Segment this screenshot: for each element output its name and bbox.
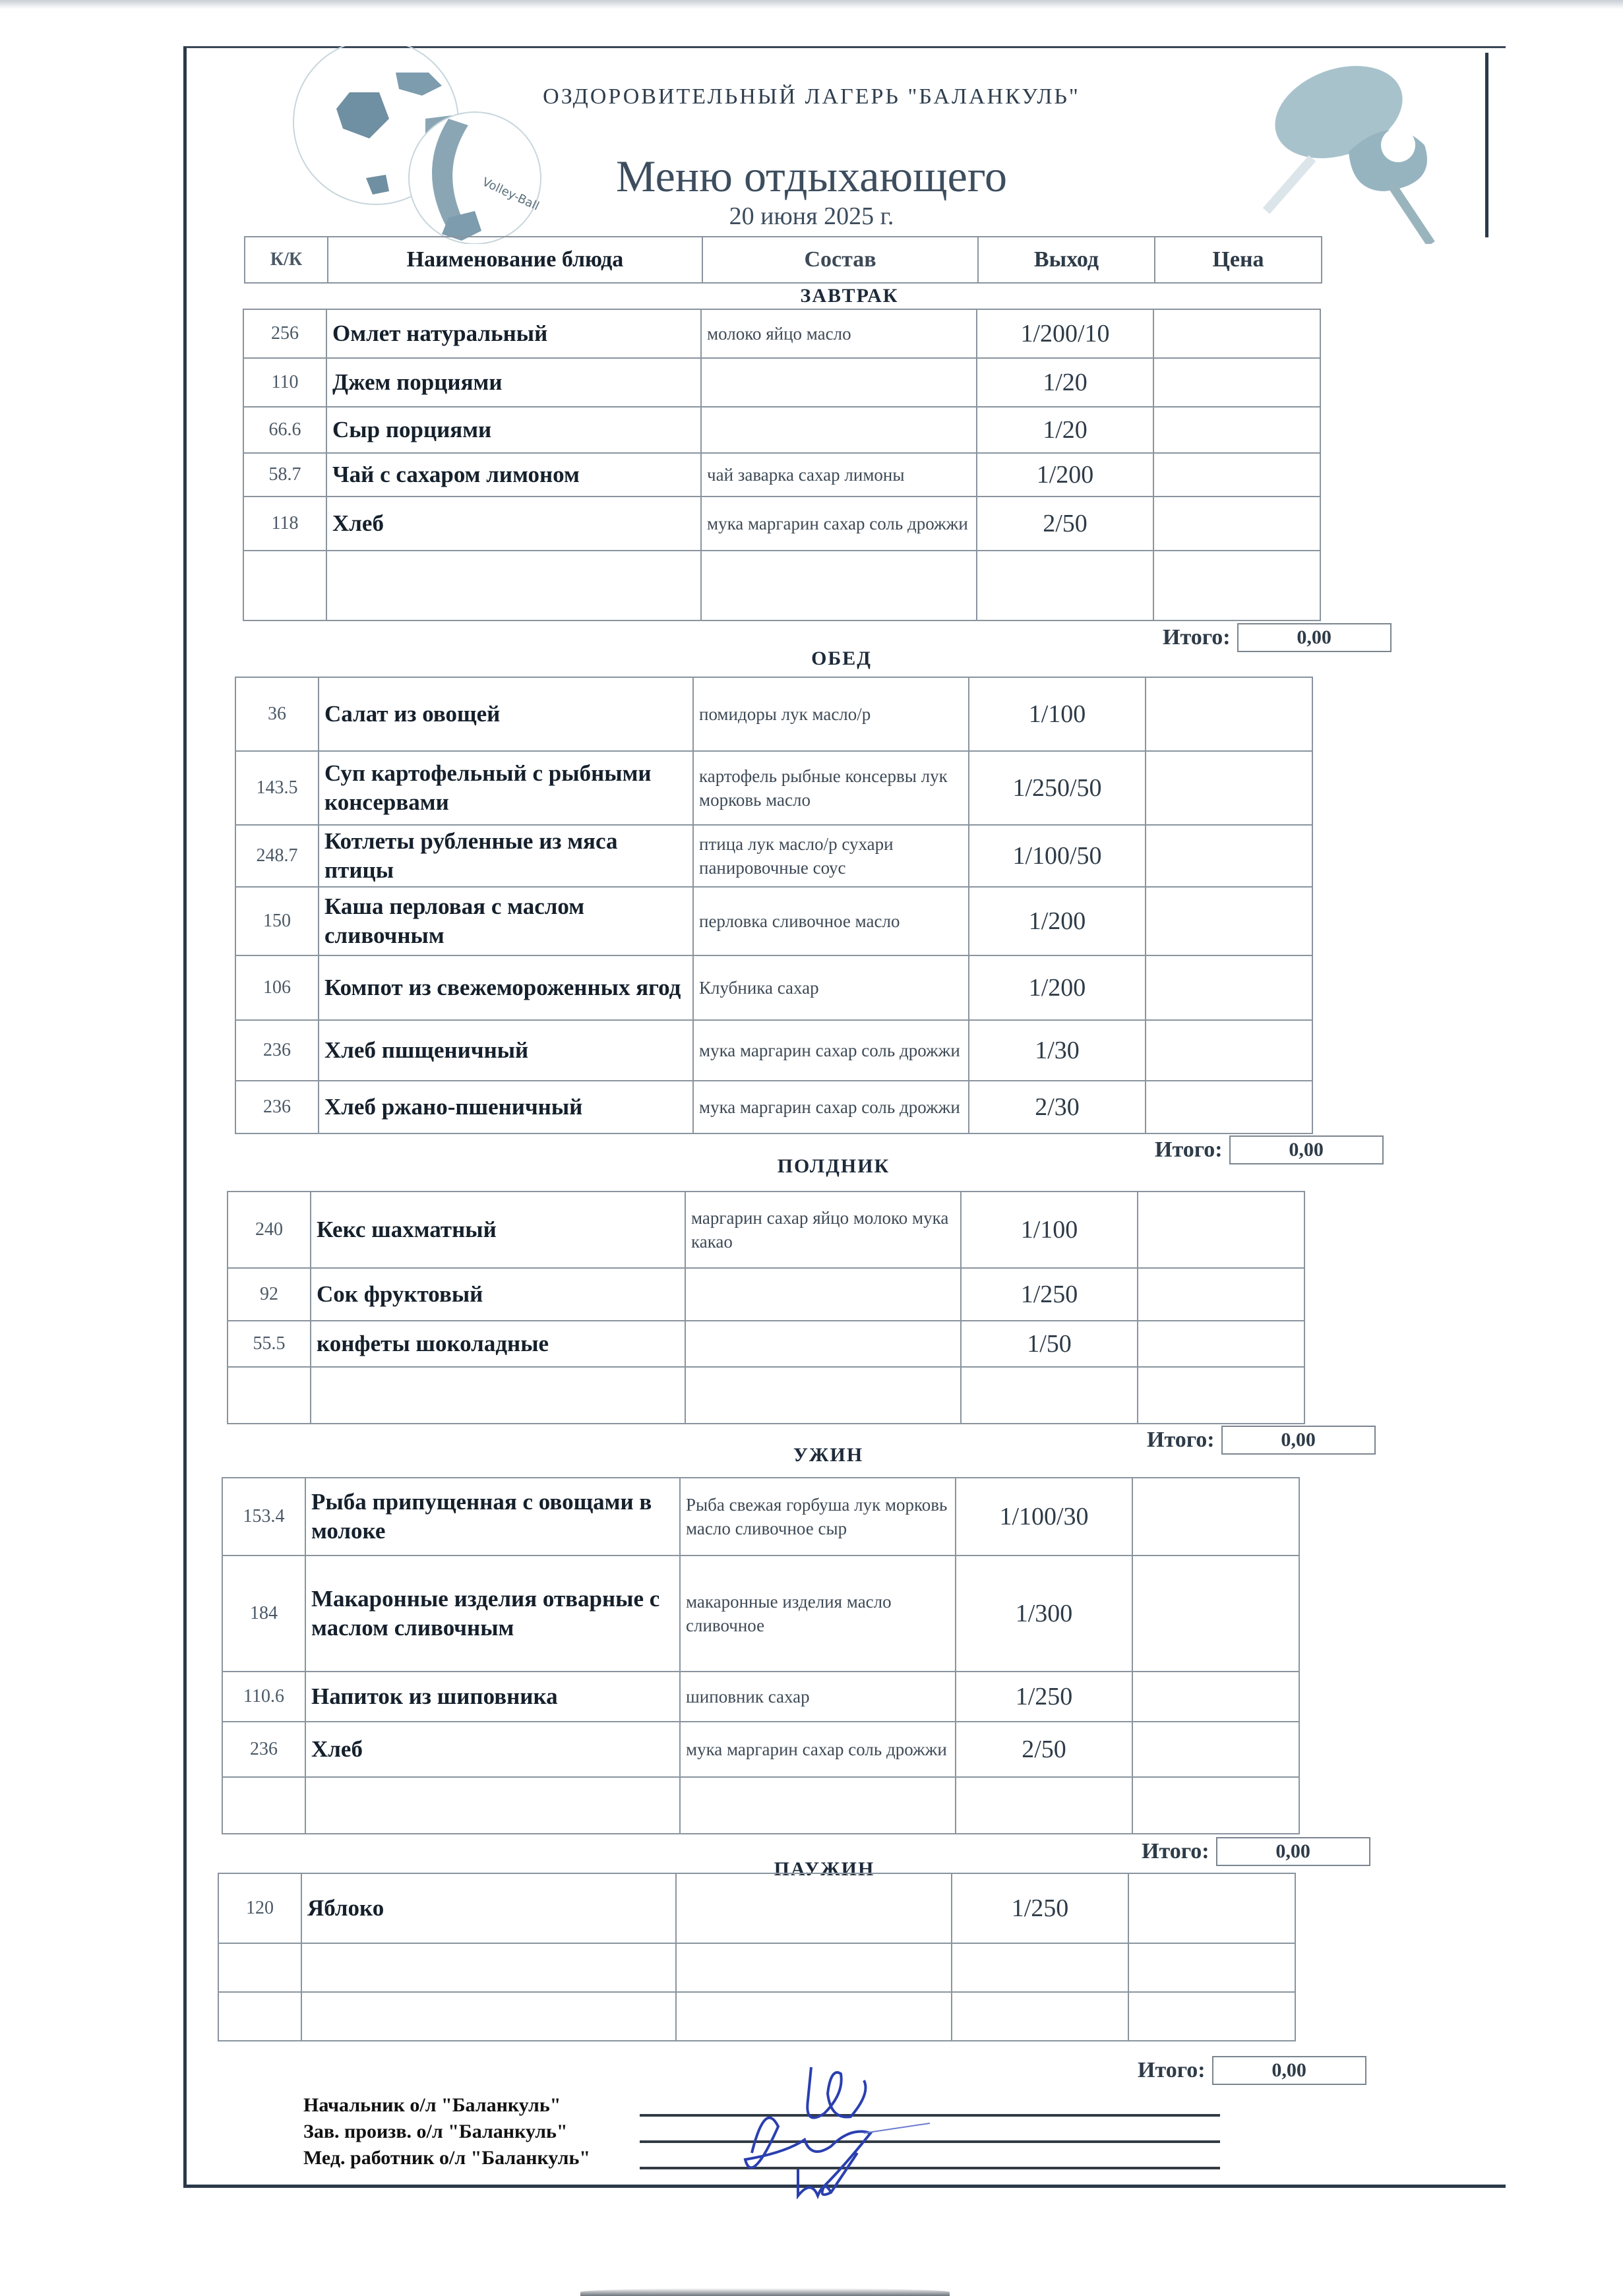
signature-role-production-head: Зав. произв. о/л "Баланкуль" (303, 2121, 640, 2143)
dish-name: Макаронные изделия отварные с маслом сли… (305, 1556, 680, 1672)
dish-output: 1/250 (952, 1873, 1128, 1943)
page-title: Меню отдыхающего (0, 150, 1623, 202)
dish-code: 240 (228, 1192, 311, 1268)
dish-price (1132, 1672, 1299, 1722)
dish-price (1132, 1777, 1299, 1834)
dish-code: 106 (235, 955, 319, 1020)
dish-name: Яблоко (301, 1873, 676, 1943)
menu-section-table: 256Омлет натуральныймолоко яйцо масло1/2… (243, 309, 1321, 621)
dish-output: 1/100/30 (956, 1478, 1132, 1556)
dish-price (1146, 1081, 1312, 1133)
column-header-table: К/К Наименование блюда Состав Выход Цена (244, 236, 1322, 284)
dish-name: Чай с сахаром лимоном (326, 453, 701, 497)
total-label: Итого: (1147, 1428, 1215, 1453)
column-header-price: Цена (1155, 237, 1322, 283)
section-title: ПОЛДНИК (702, 1155, 965, 1178)
dish-code: 236 (235, 1081, 319, 1133)
dish-composition: Клубника сахар (693, 955, 969, 1020)
table-row (218, 1943, 1295, 1992)
dish-composition: Рыба свежая горбуша лук морковь масло сл… (680, 1478, 956, 1556)
dish-code: 55.5 (228, 1321, 311, 1367)
menu-date: 20 июня 2025 г. (0, 202, 1623, 231)
dish-composition (685, 1321, 961, 1367)
table-row: 153.4Рыба припущенная с овощами в молоке… (222, 1478, 1299, 1556)
dish-output: 1/250/50 (969, 751, 1146, 825)
dish-output (977, 551, 1153, 620)
section-title: УЖИН (696, 1444, 960, 1466)
dish-code: 110 (243, 358, 326, 407)
dish-composition: помидоры лук масло/р (693, 677, 969, 751)
dish-code: 118 (243, 497, 326, 551)
dish-price (1153, 358, 1320, 407)
total-label: Итого: (1155, 1137, 1223, 1163)
table-row: 106Компот из свежемороженных ягодКлубник… (235, 955, 1312, 1020)
dish-output: 1/20 (977, 358, 1153, 407)
table-row: 236Хлебмука маргарин сахар соль дрожжи2/… (222, 1722, 1299, 1777)
table-row: 92Сок фруктовый1/250 (228, 1268, 1304, 1321)
dish-output: 1/200 (969, 955, 1146, 1020)
section-title: ОБЕД (710, 648, 973, 670)
menu-section-table: 36Салат из овощейпомидоры лук масло/р1/1… (235, 677, 1313, 1134)
dish-price (1132, 1556, 1299, 1672)
dish-output (956, 1777, 1132, 1834)
dish-code (243, 551, 326, 620)
dish-price (1146, 751, 1312, 825)
dish-output: 1/200 (977, 453, 1153, 497)
dish-output (952, 1943, 1128, 1992)
total-value: 0,00 (1237, 623, 1392, 652)
dish-price (1132, 1478, 1299, 1556)
dish-name: Джем порциями (326, 358, 701, 407)
dish-code: 110.6 (222, 1672, 305, 1722)
dish-price (1153, 453, 1320, 497)
dish-output: 1/50 (961, 1321, 1138, 1367)
dish-code (228, 1367, 311, 1424)
dish-output: 1/100/50 (969, 825, 1146, 887)
dish-name (301, 1943, 676, 1992)
total-label: Итого: (1163, 625, 1231, 650)
dish-code: 236 (235, 1020, 319, 1081)
total-value: 0,00 (1229, 1135, 1384, 1164)
dish-price (1146, 955, 1312, 1020)
scan-edge (580, 2288, 950, 2296)
dish-output: 1/20 (977, 407, 1153, 453)
dish-output: 1/250 (956, 1672, 1132, 1722)
dish-code: 236 (222, 1722, 305, 1777)
dish-composition (676, 1943, 952, 1992)
dish-code: 256 (243, 309, 326, 358)
dish-code: 184 (222, 1556, 305, 1672)
dish-price (1128, 1992, 1295, 2041)
dish-name: Хлеб (305, 1722, 680, 1777)
dish-composition (701, 551, 977, 620)
column-header-code: К/К (245, 237, 328, 283)
dish-name (305, 1777, 680, 1834)
total-value: 0,00 (1212, 2056, 1366, 2085)
dish-composition: мука маргарин сахар соль дрожжи (693, 1081, 969, 1133)
dish-name (326, 551, 701, 620)
dish-price (1153, 551, 1320, 620)
dish-code: 92 (228, 1268, 311, 1321)
menu-section-table: 120Яблоко1/250 (218, 1873, 1296, 2041)
dish-composition: картофель рыбные консервы лук морковь ма… (693, 751, 969, 825)
dish-output: 2/30 (969, 1081, 1146, 1133)
dish-code (218, 1943, 301, 1992)
dish-output: 1/250 (961, 1268, 1138, 1321)
dish-name: Хлеб пшщеничный (319, 1020, 693, 1081)
dish-code: 248.7 (235, 825, 319, 887)
table-row: 110.6Напиток из шиповникашиповник сахар1… (222, 1672, 1299, 1722)
dish-composition (701, 358, 977, 407)
dish-composition: мука маргарин сахар соль дрожжи (680, 1722, 956, 1777)
dish-output: 2/50 (956, 1722, 1132, 1777)
total-value: 0,00 (1221, 1426, 1376, 1455)
dish-name: Каша перловая с маслом сливочным (319, 887, 693, 955)
dish-composition (676, 1992, 952, 2041)
dish-output: 1/300 (956, 1556, 1132, 1672)
dish-price (1146, 677, 1312, 751)
handwritten-signature-icon (712, 2054, 1042, 2206)
dish-output: 1/100 (961, 1192, 1138, 1268)
dish-name: Компот из свежемороженных ягод (319, 955, 693, 1020)
dish-composition: мука маргарин сахар соль дрожжи (701, 497, 977, 551)
dish-price (1138, 1268, 1304, 1321)
table-row (243, 551, 1320, 620)
section-total: Итого:0,00 (1147, 1426, 1376, 1455)
table-row: 36Салат из овощейпомидоры лук масло/р1/1… (235, 677, 1312, 751)
total-label: Итого: (1142, 1839, 1210, 1864)
menu-section-table: 153.4Рыба припущенная с овощами в молоке… (222, 1477, 1300, 1834)
dish-composition: шиповник сахар (680, 1672, 956, 1722)
dish-composition: молоко яйцо масло (701, 309, 977, 358)
dish-name: Омлет натуральный (326, 309, 701, 358)
table-row: 248.7Котлеты рубленные из мяса птицыптиц… (235, 825, 1312, 887)
dish-composition: птица лук масло/р сухари панировочные со… (693, 825, 969, 887)
table-row: 184Макаронные изделия отварные с маслом … (222, 1556, 1299, 1672)
dish-name (311, 1367, 685, 1424)
table-row: 110Джем порциями1/20 (243, 358, 1320, 407)
dish-price (1138, 1192, 1304, 1268)
dish-price (1153, 309, 1320, 358)
table-row (222, 1777, 1299, 1834)
table-row (228, 1367, 1304, 1424)
table-row (218, 1992, 1295, 2041)
dish-code: 36 (235, 677, 319, 751)
dish-price (1146, 887, 1312, 955)
scan-edge (0, 0, 1623, 9)
dish-composition (680, 1777, 956, 1834)
dish-composition (685, 1268, 961, 1321)
table-row: 58.7Чай с сахаром лимономчай заварка сах… (243, 453, 1320, 497)
dish-composition: чай заварка сахар лимоны (701, 453, 977, 497)
dish-output: 1/100 (969, 677, 1146, 751)
dish-name: Суп картофельный с рыбными консервами (319, 751, 693, 825)
table-row: 236Хлеб ржано-пшеничныймука маргарин сах… (235, 1081, 1312, 1133)
table-row: 150Каша перловая с маслом сливочнымперло… (235, 887, 1312, 955)
signature-role-director: Начальник о/л "Баланкуль" (303, 2094, 640, 2117)
table-row: 118Хлебмука маргарин сахар соль дрожжи2/… (243, 497, 1320, 551)
menu-section-table: 240Кекс шахматныймаргарин сахар яйцо мол… (227, 1191, 1305, 1424)
section-total: Итого:0,00 (1142, 1837, 1370, 1866)
dish-output: 1/200/10 (977, 309, 1153, 358)
dish-code: 66.6 (243, 407, 326, 453)
column-header-name: Наименование блюда (328, 237, 702, 283)
dish-output: 1/30 (969, 1020, 1146, 1081)
column-header-composition: Состав (702, 237, 978, 283)
dish-name: Котлеты рубленные из мяса птицы (319, 825, 693, 887)
dish-name: Хлеб (326, 497, 701, 551)
dish-name: Кекс шахматный (311, 1192, 685, 1268)
section-total: Итого:0,00 (1163, 623, 1392, 652)
table-row: 120Яблоко1/250 (218, 1873, 1295, 1943)
dish-composition: макаронные изделия масло сливочное (680, 1556, 956, 1672)
dish-composition (685, 1367, 961, 1424)
dish-price (1128, 1943, 1295, 1992)
dish-name: Хлеб ржано-пшеничный (319, 1081, 693, 1133)
dish-output: 2/50 (977, 497, 1153, 551)
dish-output (952, 1992, 1128, 2041)
section-total: Итого:0,00 (1138, 2056, 1366, 2085)
dish-code: 120 (218, 1873, 301, 1943)
table-row: 256Омлет натуральныймолоко яйцо масло1/2… (243, 309, 1320, 358)
table-row: 55.5конфеты шоколадные1/50 (228, 1321, 1304, 1367)
dish-name: Сыр порциями (326, 407, 701, 453)
dish-price (1146, 825, 1312, 887)
dish-price (1138, 1321, 1304, 1367)
dish-name: конфеты шоколадные (311, 1321, 685, 1367)
signature-role-medical: Мед. работник о/л "Баланкуль" (303, 2147, 640, 2169)
dish-name (301, 1992, 676, 2041)
dish-price (1153, 407, 1320, 453)
dish-name: Рыба припущенная с овощами в молоке (305, 1478, 680, 1556)
dish-output (961, 1367, 1138, 1424)
section-total: Итого:0,00 (1155, 1135, 1384, 1164)
dish-code: 58.7 (243, 453, 326, 497)
dish-code (222, 1777, 305, 1834)
dish-output: 1/200 (969, 887, 1146, 955)
dish-code (218, 1992, 301, 2041)
dish-name: Салат из овощей (319, 677, 693, 751)
total-label: Итого: (1138, 2058, 1206, 2083)
dish-price (1128, 1873, 1295, 1943)
dish-price (1153, 497, 1320, 551)
dish-code: 153.4 (222, 1478, 305, 1556)
total-value: 0,00 (1216, 1837, 1370, 1866)
dish-composition (676, 1873, 952, 1943)
dish-code: 150 (235, 887, 319, 955)
dish-composition (701, 407, 977, 453)
dish-composition: мука маргарин сахар соль дрожжи (693, 1020, 969, 1081)
dish-price (1132, 1722, 1299, 1777)
dish-composition: маргарин сахар яйцо молоко мука какао (685, 1192, 961, 1268)
table-row: 66.6Сыр порциями1/20 (243, 407, 1320, 453)
dish-code: 143.5 (235, 751, 319, 825)
dish-price (1146, 1020, 1312, 1081)
dish-name: Напиток из шиповника (305, 1672, 680, 1722)
table-row: 236Хлеб пшщеничныймука маргарин сахар со… (235, 1020, 1312, 1081)
dish-price (1138, 1367, 1304, 1424)
section-title: ЗАВТРАК (718, 285, 981, 307)
table-row: 240Кекс шахматныймаргарин сахар яйцо мол… (228, 1192, 1304, 1268)
camp-name: ОЗДОРОВИТЕЛЬНЫЙ ЛАГЕРЬ "БАЛАНКУЛЬ" (0, 84, 1623, 109)
dish-composition: перловка сливочное масло (693, 887, 969, 955)
dish-name: Сок фруктовый (311, 1268, 685, 1321)
table-row: 143.5Суп картофельный с рыбными консерва… (235, 751, 1312, 825)
column-header-output: Выход (978, 237, 1155, 283)
